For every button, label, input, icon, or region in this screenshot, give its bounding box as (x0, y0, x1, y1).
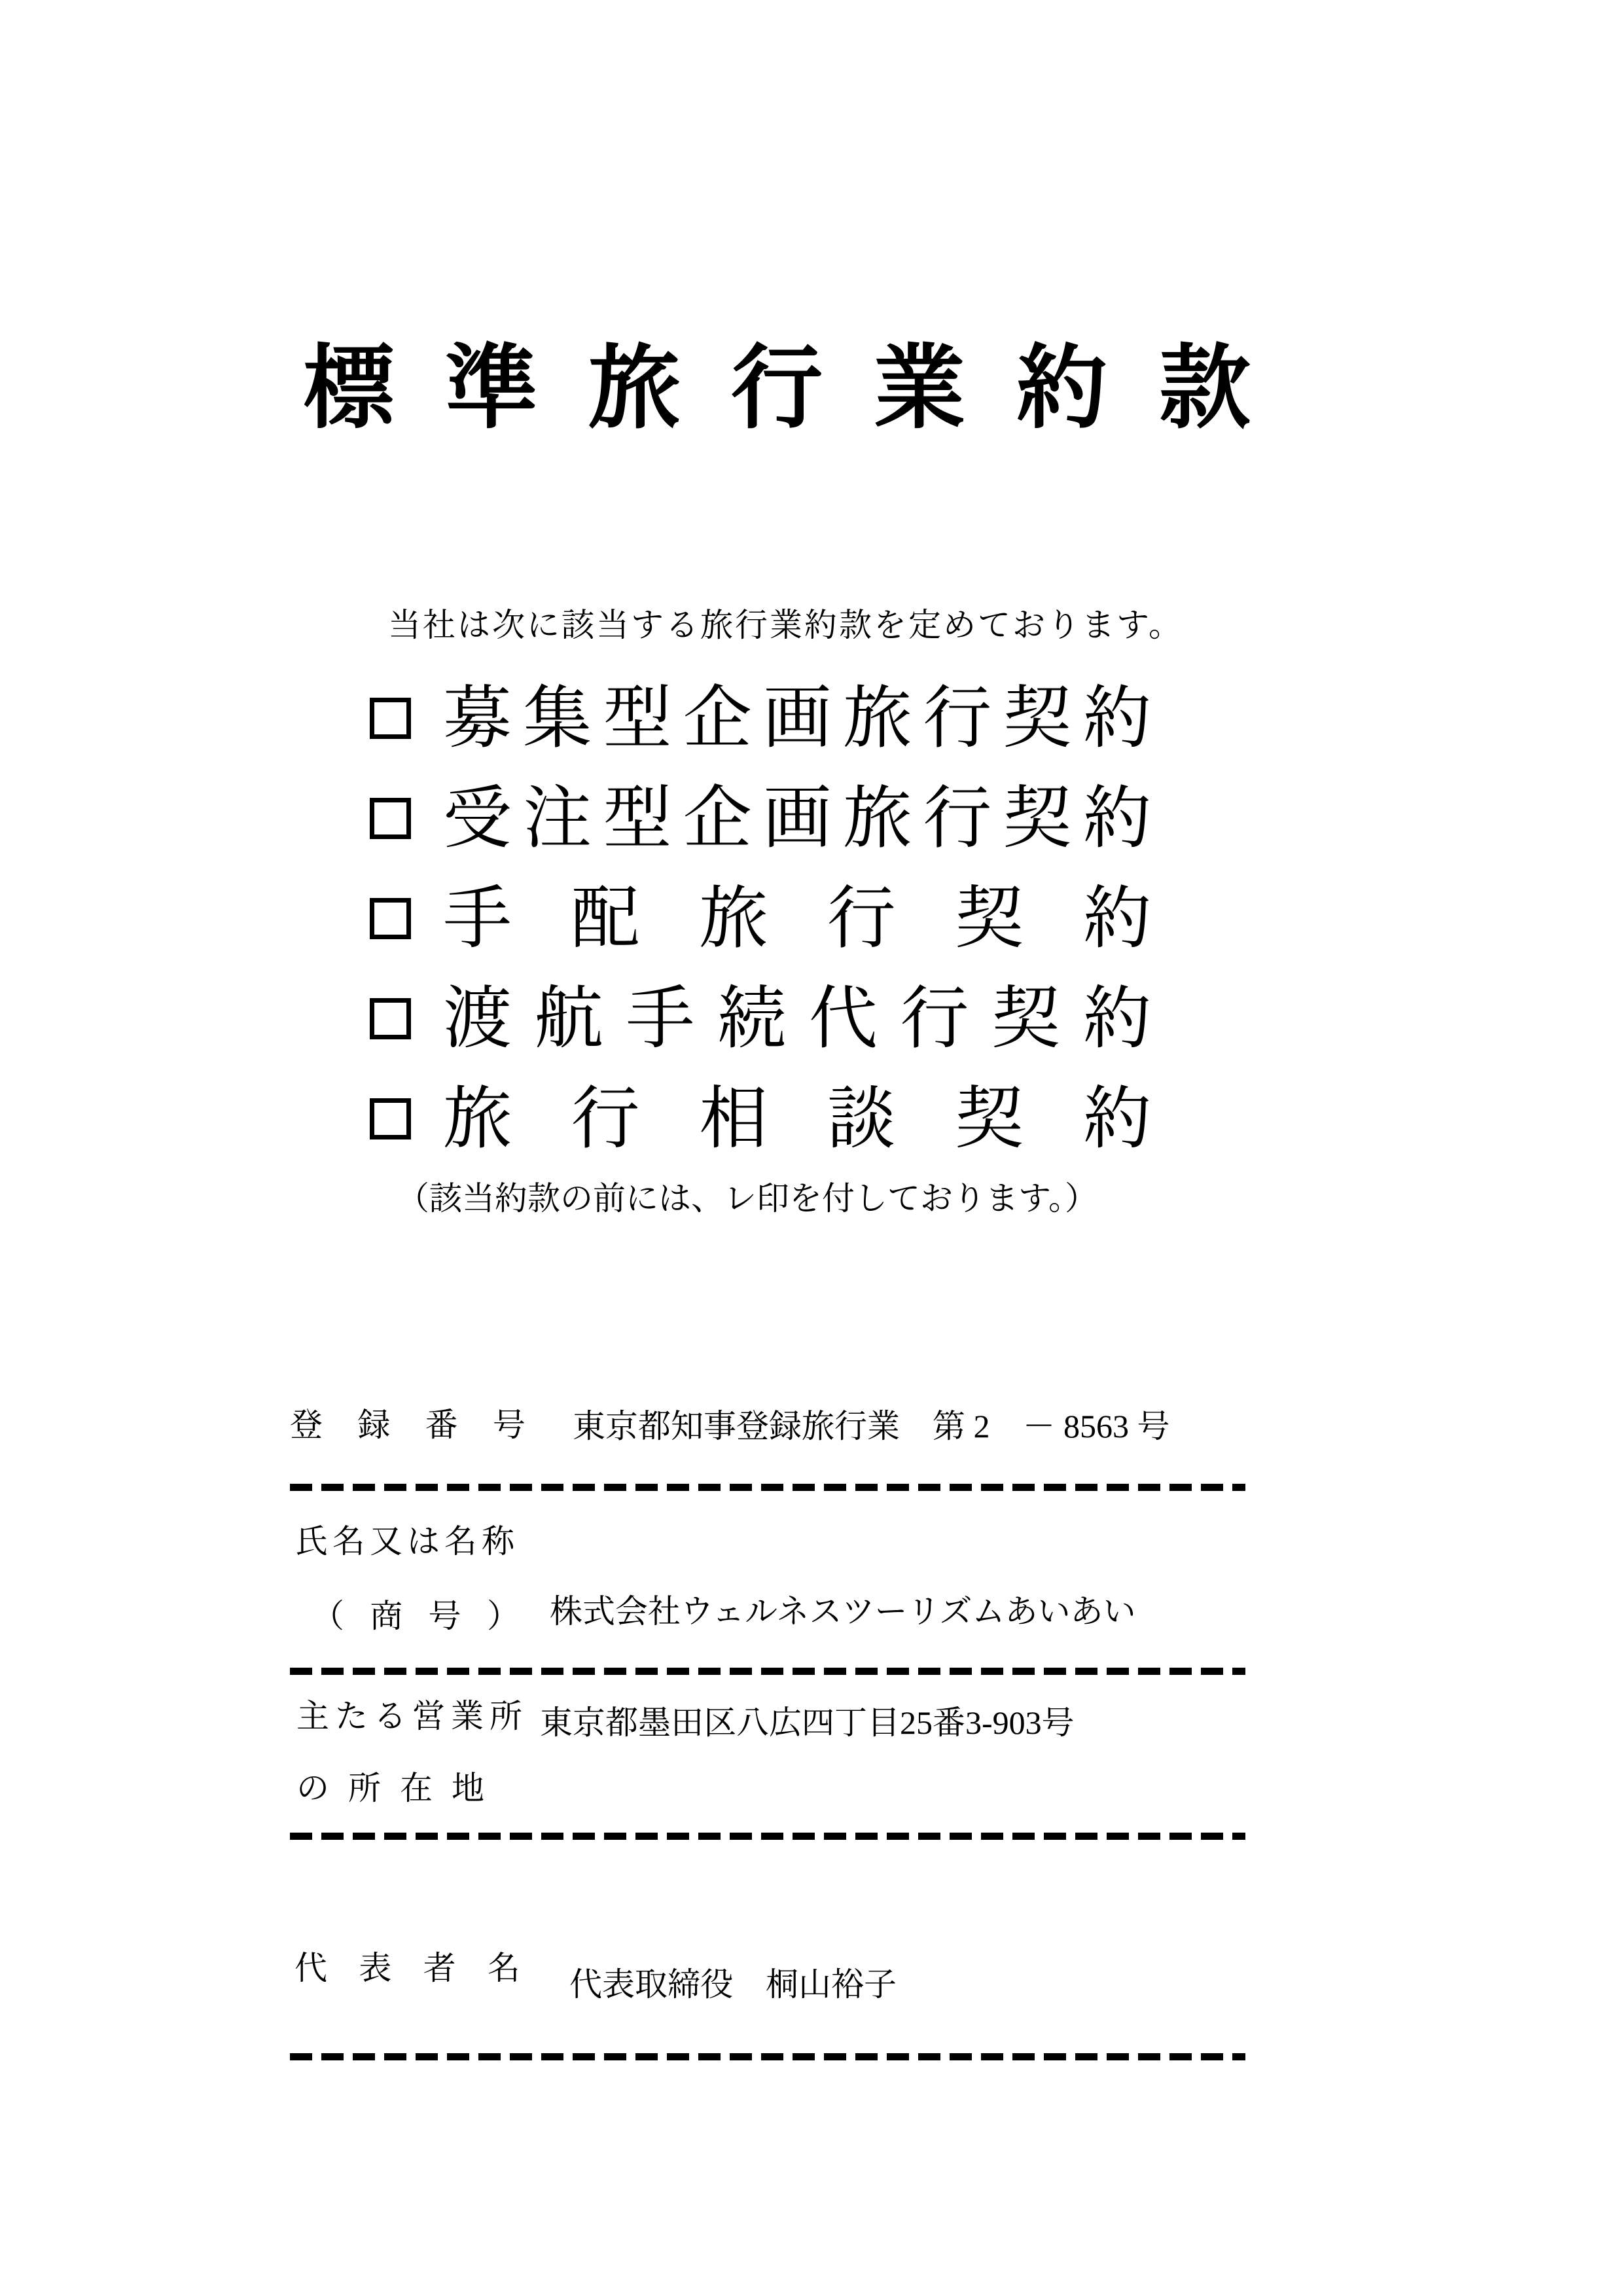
trade-name-label-line1: 氏名又は名称 (295, 1525, 519, 1558)
checkbox-arranged-tour (370, 898, 411, 939)
dashed-divider (290, 1668, 1245, 1675)
contract-item-label: 渡航手続代行契約 (443, 984, 1152, 1053)
dashed-divider (290, 1833, 1245, 1840)
registration-number-value: 東京都知事登録旅行業 第 2 － 8563 号 (573, 1410, 1170, 1443)
contract-item-label: 受注型企画旅行契約 (443, 784, 1152, 853)
trade-name-label-line2: （商号） (312, 1600, 520, 1632)
checkbox-package-tour (370, 698, 411, 739)
office-label-line2: の所在地 (296, 1772, 484, 1804)
representative-value: 代表取締役 桐山裕子 (569, 1968, 897, 2001)
intro-text: 当社は次に該当する旅行業約款を定めております。 (388, 609, 1183, 641)
dashed-divider (290, 1484, 1245, 1491)
contract-item: 受注型企画旅行契約 (370, 781, 1152, 856)
contract-item: 旅行相談契約 (370, 1081, 1152, 1157)
page-title: 標準旅行業約款 (303, 344, 1302, 435)
document-page: 標準旅行業約款 当社は次に該当する旅行業約款を定めております。 募集型企画旅行契… (0, 0, 1623, 2296)
checkbox-travel-consultation (370, 1098, 411, 1139)
contract-item-label: 募集型企画旅行契約 (443, 684, 1152, 753)
contract-item: 募集型企画旅行契約 (370, 681, 1152, 756)
representative-label: 代表者名 (294, 1952, 520, 1984)
office-label-line1: 主たる営業所 (296, 1700, 522, 1732)
checkbox-custom-ordered-tour (370, 798, 411, 839)
contract-item-label: 旅行相談契約 (443, 1085, 1152, 1153)
registration-number-label: 登録番号 (290, 1408, 526, 1441)
applicability-note: （該当約款の前には、レ印を付しております。） (397, 1182, 1097, 1215)
contract-item-label: 手配旅行契約 (443, 884, 1152, 953)
dashed-divider (290, 2053, 1245, 2060)
contract-item: 手配旅行契約 (370, 881, 1152, 956)
contract-item: 渡航手続代行契約 (370, 981, 1152, 1056)
office-address-value: 東京都墨田区八広四丁目25番3-903号 (540, 1706, 1075, 1739)
trade-name-value: 株式会社ウェルネスツーリズムあいあい (550, 1595, 1136, 1628)
checkbox-travel-procedures-agency (370, 998, 411, 1039)
